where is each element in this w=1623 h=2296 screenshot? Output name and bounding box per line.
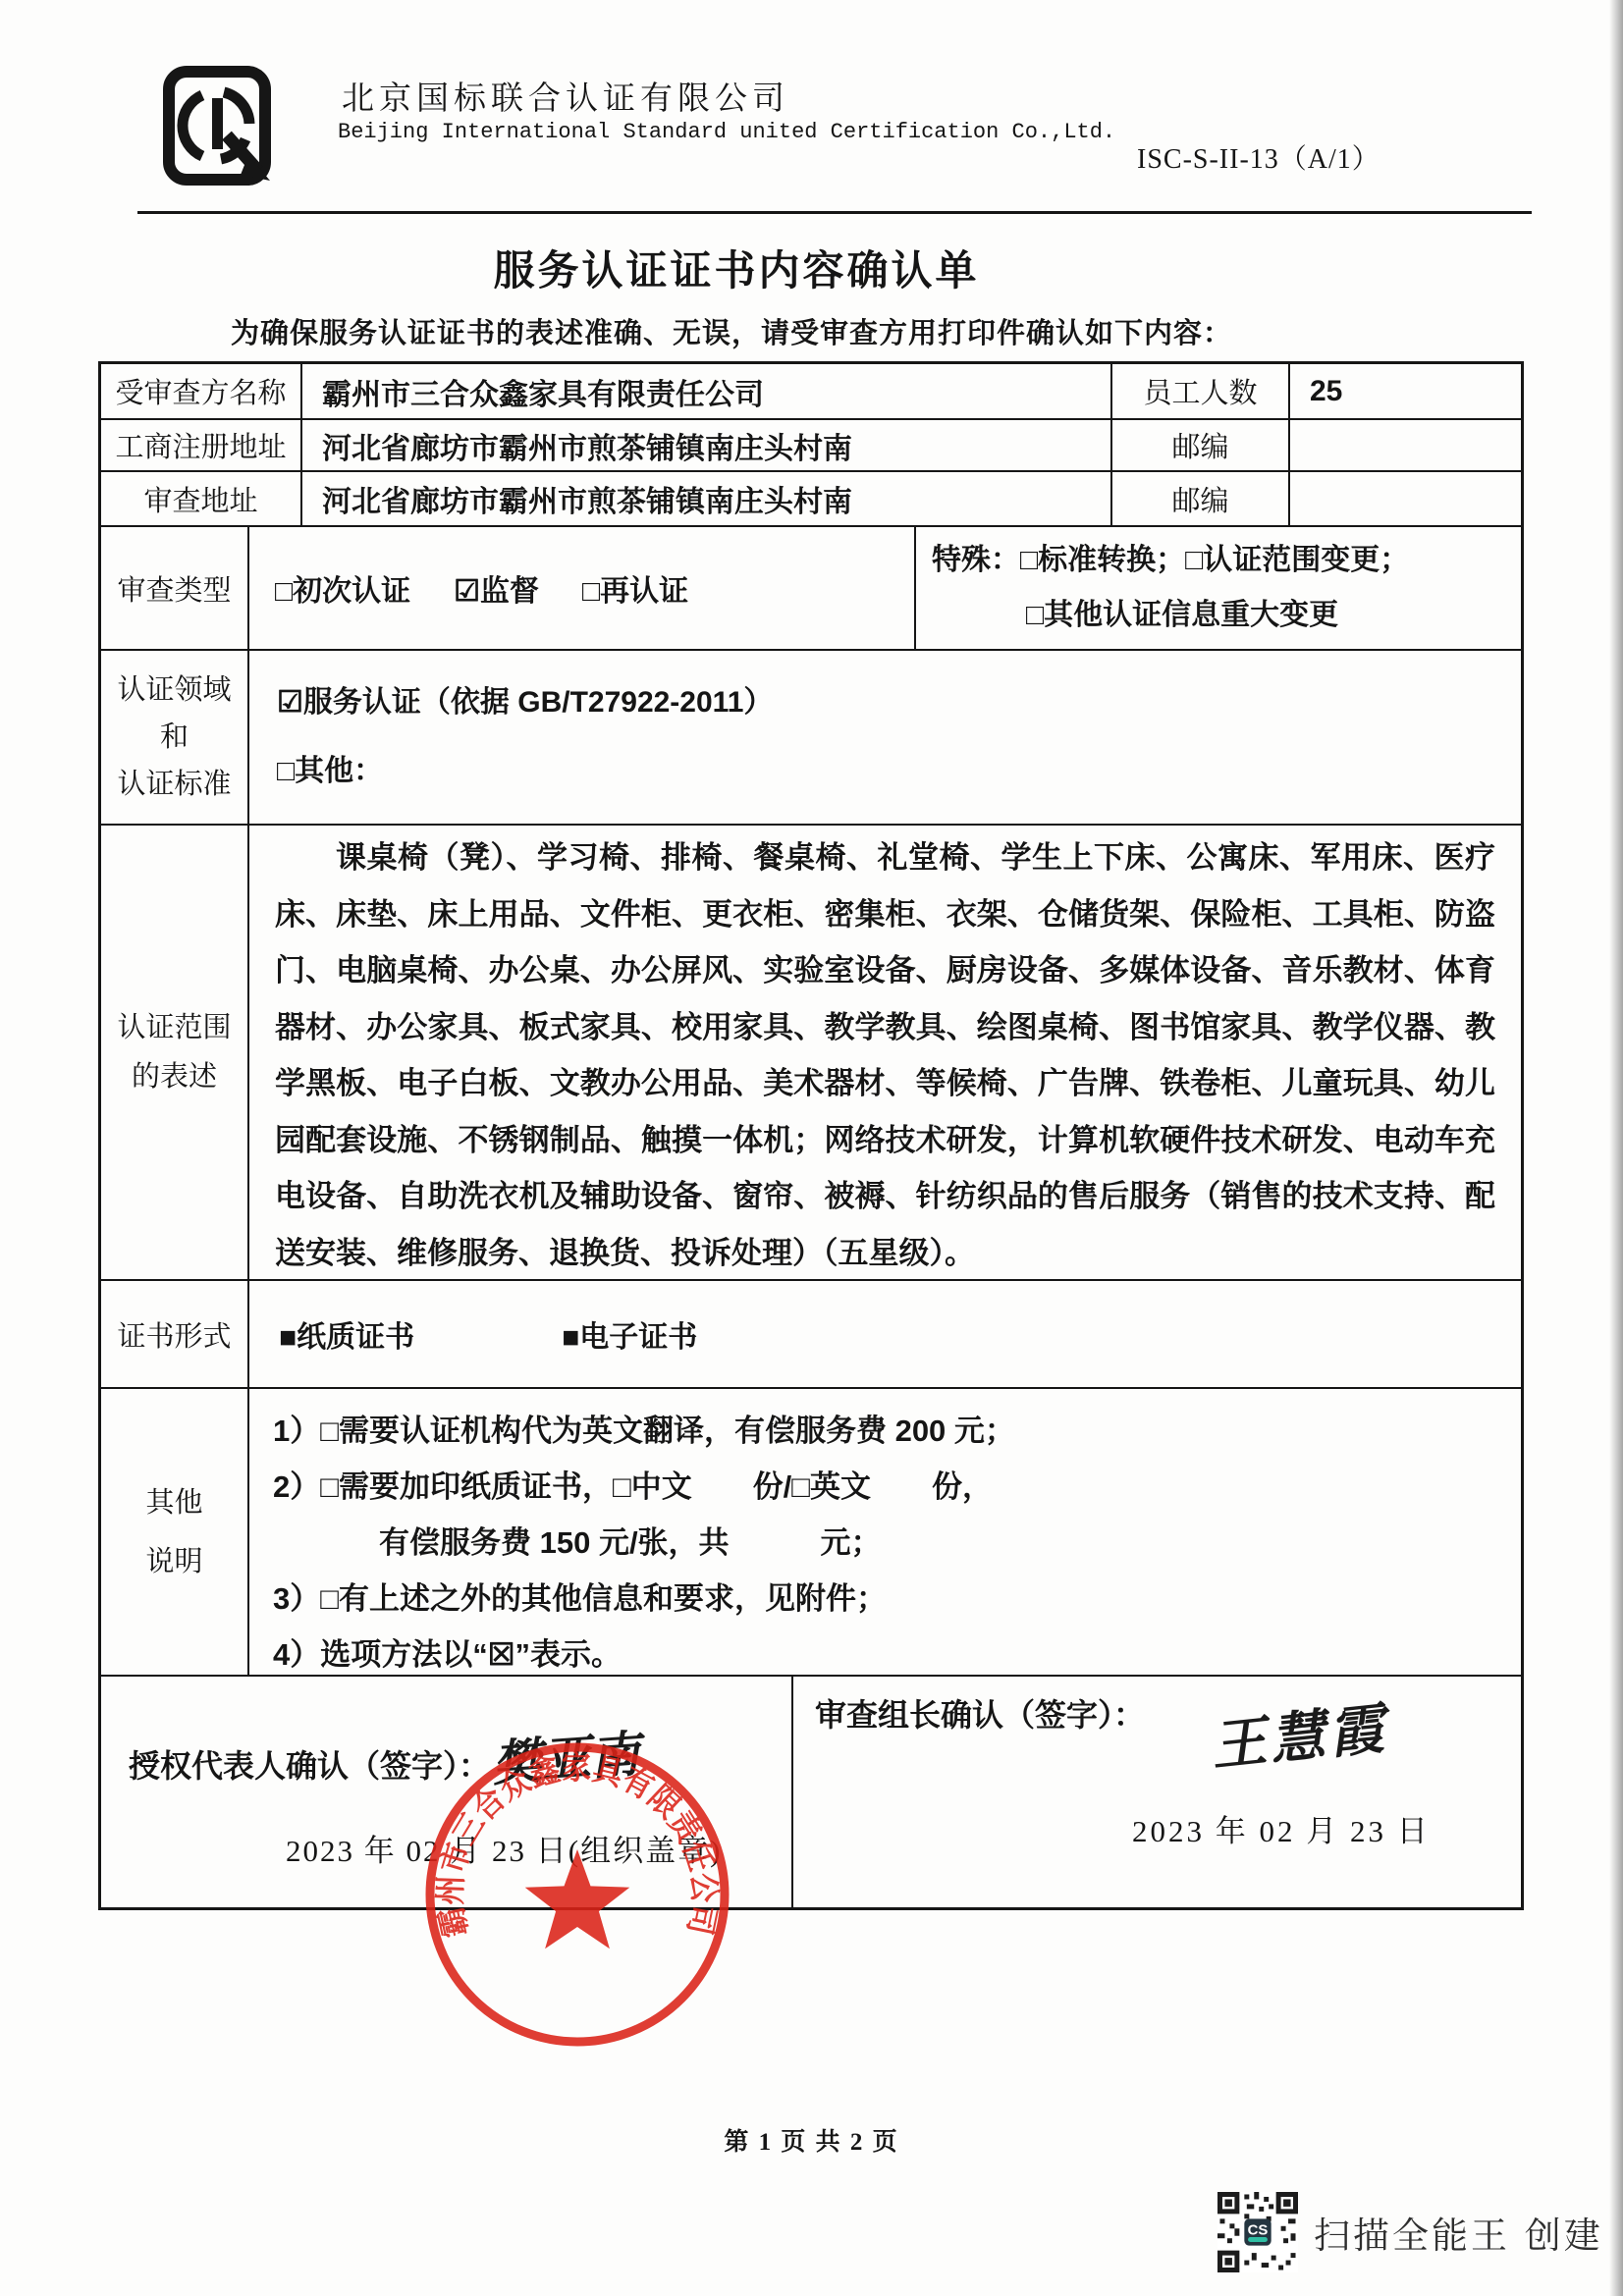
- other-notes-items: 1）□需要认证机构代为英文翻译，有偿服务费 200 元； 2）□需要加印纸质证书…: [249, 1389, 1521, 1675]
- note-item-4: 4）选项方法以“☒”表示。: [273, 1627, 622, 1675]
- note-item-1: 1）□需要认证机构代为英文翻译，有偿服务费 200 元；: [273, 1403, 1015, 1459]
- cert-form-label: 证书形式: [101, 1281, 249, 1387]
- row-registered-address: 工商注册地址 河北省廊坊市霸州市煎茶铺镇南庄头村南 邮编: [101, 420, 1521, 472]
- intro-suffix: 确认如下内容：: [1026, 318, 1232, 349]
- cert-field-label: 认证领域 和 认证标准: [101, 651, 249, 824]
- row-cert-scope: 认证范围 的表述 课桌椅（凳）、学习椅、排椅、餐桌椅、礼堂椅、学生上下床、公寓床…: [101, 826, 1521, 1281]
- other-notes-label-l1: 其他: [145, 1473, 202, 1532]
- scanner-watermark: CS 扫描全能王 创建: [1217, 2192, 1603, 2272]
- audit-team-leader-cell: 审查组长确认（签字）： 王慧霞 2023 年 02 月 23 日: [793, 1677, 1521, 1907]
- audit-team-leader-date: 2023 年 02 月 23 日: [1132, 1806, 1431, 1850]
- audited-party-value: 霸州市三合众鑫家具有限责任公司: [302, 364, 1112, 418]
- cert-scope-label: 认证范围 的表述: [101, 826, 249, 1279]
- checkbox-other-standard: □其他：: [277, 737, 383, 806]
- note-item-2-continued: 有偿服务费 150 元/张，共 元；: [273, 1515, 882, 1571]
- cert-scope-label-l2: 的表述: [132, 1052, 217, 1101]
- cert-field-options: ☑服务认证（依据 GB/T27922-2011） □其他：: [249, 651, 1521, 824]
- special-options-line1: 特殊：□标准转换；□认证范围变更；: [932, 533, 1409, 588]
- row-cert-form: 证书形式 ■纸质证书 ■电子证书: [101, 1281, 1521, 1389]
- staff-count-value: 25: [1290, 364, 1521, 418]
- registered-postcode-label: 邮编: [1112, 420, 1290, 470]
- header-divider: [137, 211, 1532, 214]
- registered-postcode-value: [1290, 420, 1521, 470]
- row-audited-party: 受审查方名称 霸州市三合众鑫家具有限责任公司 员工人数 25: [101, 364, 1521, 420]
- checkbox-service-certification: ☑服务认证（依据 GB/T27922-2011）: [277, 668, 773, 737]
- note-item-2: 2）□需要加印纸质证书，□中文 份/□英文 份，: [273, 1459, 993, 1515]
- scan-edge-shadow: [1609, 0, 1623, 2296]
- cert-scope-label-l1: 认证范围: [117, 1003, 231, 1052]
- audit-type-label: 审查类型: [101, 527, 249, 649]
- audit-postcode-label: 邮编: [1112, 472, 1290, 525]
- registered-address-label: 工商注册地址: [101, 420, 302, 470]
- document-number: ISC-S-II-13（A/1）: [1137, 137, 1380, 177]
- audit-address-label: 审查地址: [101, 472, 302, 525]
- scanned-document-page: 北京国标联合认证有限公司 Beijing International Stand…: [0, 0, 1623, 2296]
- cert-form-options: ■纸质证书 ■电子证书: [249, 1281, 1521, 1387]
- audit-postcode-value: [1290, 472, 1521, 525]
- page-title: 服务认证证书内容确认单: [0, 239, 1473, 297]
- confirmation-form-table: 受审查方名称 霸州市三合众鑫家具有限责任公司 员工人数 25 工商注册地址 河北…: [98, 361, 1524, 1910]
- company-name-en: Beijing International Standard united Ce…: [338, 120, 1115, 144]
- company-seal-stamp: 霸州市三合众鑫家具有限责任公司: [410, 1728, 744, 2061]
- audit-type-options: □初次认证 ☑监督 □再认证: [249, 527, 916, 649]
- checkbox-initial-certification: □初次认证: [275, 566, 410, 610]
- audited-party-label: 受审查方名称: [101, 364, 302, 418]
- cert-field-label-l3: 认证标准: [117, 761, 231, 808]
- row-signatures: 授权代表人确认（签字）： 樊亚南 2023 年 02 月 23 日(组织盖章) …: [101, 1677, 1521, 1907]
- special-options-line2: □其他认证信息重大变更: [932, 588, 1338, 643]
- cert-field-label-l1: 认证领域: [117, 667, 231, 714]
- checkbox-surveillance: ☑监督: [454, 566, 539, 610]
- intro-prefix: 为确保服务认证证书的表述准确、无误，请受审查方用: [231, 318, 938, 349]
- other-notes-label-l2: 说明: [145, 1532, 202, 1591]
- page-number-indicator: 第 1 页 共 2 页: [0, 2122, 1623, 2158]
- audit-team-leader-signature: 王慧霞: [1207, 1685, 1390, 1782]
- row-cert-field: 认证领域 和 认证标准 ☑服务认证（依据 GB/T27922-2011） □其他…: [101, 651, 1521, 826]
- cert-scope-cell: 课桌椅（凳）、学习椅、排椅、餐桌椅、礼堂椅、学生上下床、公寓床、军用床、医疗床、…: [249, 826, 1521, 1279]
- camscanner-qr-icon: CS: [1217, 2192, 1298, 2272]
- other-notes-label: 其他 说明: [101, 1389, 249, 1675]
- checkbox-electronic-certificate: ■电子证书: [562, 1312, 697, 1356]
- row-other-notes: 其他 说明 1）□需要认证机构代为英文翻译，有偿服务费 200 元； 2）□需要…: [101, 1389, 1521, 1677]
- audit-type-special: 特殊：□标准转换；□认证范围变更； □其他认证信息重大变更: [916, 527, 1521, 649]
- audit-address-value: 河北省廊坊市霸州市煎茶铺镇南庄头村南: [302, 472, 1112, 525]
- scanner-credit-text: 扫描全能王 创建: [1314, 2206, 1603, 2259]
- note-item-3: 3）□有上述之外的其他信息和要求，见附件；: [273, 1571, 887, 1627]
- cert-scope-text: 课桌椅（凳）、学习椅、排椅、餐桌椅、礼堂椅、学生上下床、公寓床、军用床、医疗床、…: [249, 826, 1521, 1279]
- certification-body-logo-icon: [162, 65, 272, 187]
- cert-field-label-l2: 和: [160, 714, 189, 761]
- svg-text:CS: CS: [1248, 2222, 1269, 2238]
- company-name-cn: 北京国标联合认证有限公司: [342, 73, 789, 119]
- intro-text: 为确保服务认证证书的表述准确、无误，请受审查方用打印件确认如下内容：: [231, 311, 1232, 351]
- registered-address-value: 河北省廊坊市霸州市煎茶铺镇南庄头村南: [302, 420, 1112, 470]
- camscanner-logo-badge: CS: [1244, 2218, 1271, 2245]
- row-audit-type: 审查类型 □初次认证 ☑监督 □再认证 特殊：□标准转换；□认证范围变更； □其…: [101, 527, 1521, 651]
- row-audit-address: 审查地址 河北省廊坊市霸州市煎茶铺镇南庄头村南 邮编: [101, 472, 1521, 527]
- audit-team-leader-label: 审查组长确认（签字）：: [815, 1690, 1145, 1735]
- seal-star-icon: [525, 1849, 630, 1949]
- intro-bold: 打印件: [938, 318, 1026, 349]
- checkbox-paper-certificate: ■纸质证书: [279, 1312, 414, 1356]
- staff-count-label: 员工人数: [1112, 364, 1290, 418]
- checkbox-recertification: □再认证: [582, 566, 688, 610]
